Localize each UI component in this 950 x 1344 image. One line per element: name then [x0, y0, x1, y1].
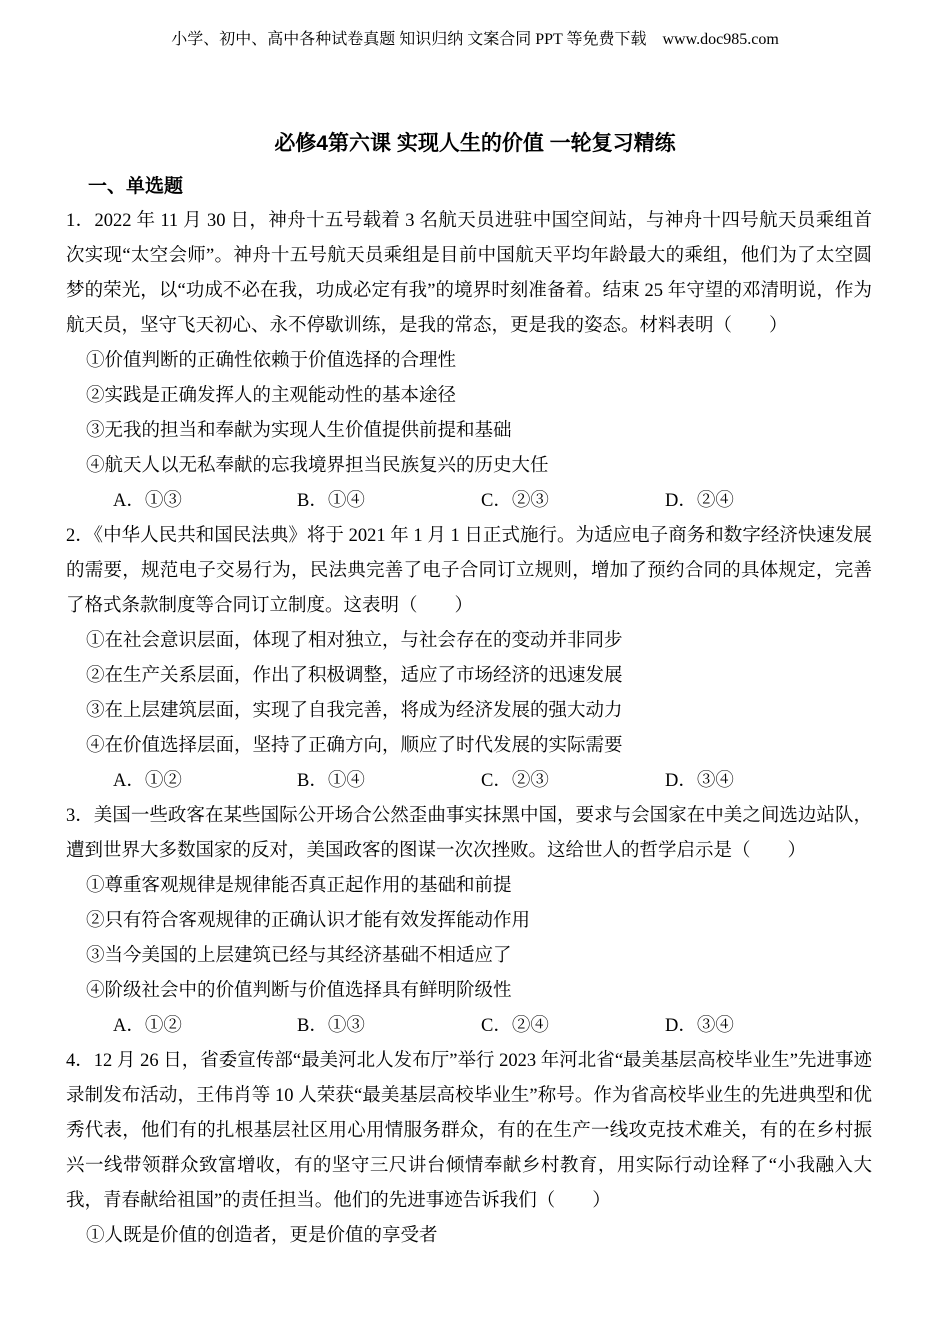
question-2-option-3: ③在上层建筑层面，实现了自我完善，将成为经济发展的强大动力 [66, 694, 872, 729]
question-3: 3．美国一些政客在某些国际公开场合公然歪曲事实抹黑中国，要求与会国家在中美之间选… [66, 799, 872, 1044]
question-2-option-1: ①在社会意识层面，体现了相对独立，与社会存在的变动并非同步 [66, 624, 872, 659]
question-3-choice-c: C．②④ [481, 1009, 665, 1044]
page-title: 必修4第六课 实现人生的价值 一轮复习精练 [0, 127, 950, 157]
question-2: 2．《中华人民共和国民法典》将于 2021 年 1 月 1 日正式施行。为适应电… [66, 519, 872, 799]
question-1-option-2: ②实践是正确发挥人的主观能动性的基本途径 [66, 379, 872, 414]
question-3-choice-b: B．①③ [297, 1009, 481, 1044]
question-3-option-2: ②只有符合客观规律的正确认识才能有效发挥能动作用 [66, 904, 872, 939]
question-2-choice-a: A．①② [113, 764, 297, 799]
section-heading-single-choice: 一、单选题 [0, 171, 950, 198]
question-3-option-3: ③当今美国的上层建筑已经与其经济基础不相适应了 [66, 939, 872, 974]
question-2-choice-d: D．③④ [665, 764, 734, 799]
question-3-stem: 3．美国一些政客在某些国际公开场合公然歪曲事实抹黑中国，要求与会国家在中美之间选… [66, 799, 872, 869]
question-4: 4．12 月 26 日，省委宣传部“最美河北人发布厅”举行 2023 年河北省“… [66, 1044, 872, 1254]
exam-document-page: 小学、初中、高中各种试卷真题 知识归纳 文案合同 PPT 等免费下载 www.d… [0, 0, 950, 1344]
questions-content: 1．2022 年 11 月 30 日，神舟十五号载着 3 名航天员进驻中国空间站… [0, 204, 950, 1254]
question-1-stem: 1．2022 年 11 月 30 日，神舟十五号载着 3 名航天员进驻中国空间站… [66, 204, 872, 344]
question-4-option-1: ①人既是价值的创造者，更是价值的享受者 [66, 1219, 872, 1254]
question-1-answer-row: A．①③ B．①④ C．②③ D．②④ [66, 484, 872, 519]
question-2-choice-b: B．①④ [297, 764, 481, 799]
question-2-answer-row: A．①② B．①④ C．②③ D．③④ [66, 764, 872, 799]
question-3-answer-row: A．①② B．①③ C．②④ D．③④ [66, 1009, 872, 1044]
question-2-option-2: ②在生产关系层面，作出了积极调整，适应了市场经济的迅速发展 [66, 659, 872, 694]
question-3-option-4: ④阶级社会中的价值判断与价值选择具有鲜明阶级性 [66, 974, 872, 1009]
question-2-option-4: ④在价值选择层面，坚持了正确方向，顺应了时代发展的实际需要 [66, 729, 872, 764]
question-1: 1．2022 年 11 月 30 日，神舟十五号载着 3 名航天员进驻中国空间站… [66, 204, 872, 519]
question-1-option-3: ③无我的担当和奉献为实现人生价值提供前提和基础 [66, 414, 872, 449]
question-3-option-1: ①尊重客观规律是规律能否真正起作用的基础和前提 [66, 869, 872, 904]
question-3-choice-d: D．③④ [665, 1009, 734, 1044]
question-1-choice-b: B．①④ [297, 484, 481, 519]
site-promo-header: 小学、初中、高中各种试卷真题 知识归纳 文案合同 PPT 等免费下载 www.d… [0, 26, 950, 49]
question-1-choice-d: D．②④ [665, 484, 734, 519]
question-1-choice-c: C．②③ [481, 484, 665, 519]
question-2-choice-c: C．②③ [481, 764, 665, 799]
question-4-stem: 4．12 月 26 日，省委宣传部“最美河北人发布厅”举行 2023 年河北省“… [66, 1044, 872, 1219]
question-1-option-4: ④航天人以无私奉献的忘我境界担当民族复兴的历史大任 [66, 449, 872, 484]
question-1-choice-a: A．①③ [113, 484, 297, 519]
question-1-option-1: ①价值判断的正确性依赖于价值选择的合理性 [66, 344, 872, 379]
question-2-stem: 2．《中华人民共和国民法典》将于 2021 年 1 月 1 日正式施行。为适应电… [66, 519, 872, 624]
question-3-choice-a: A．①② [113, 1009, 297, 1044]
